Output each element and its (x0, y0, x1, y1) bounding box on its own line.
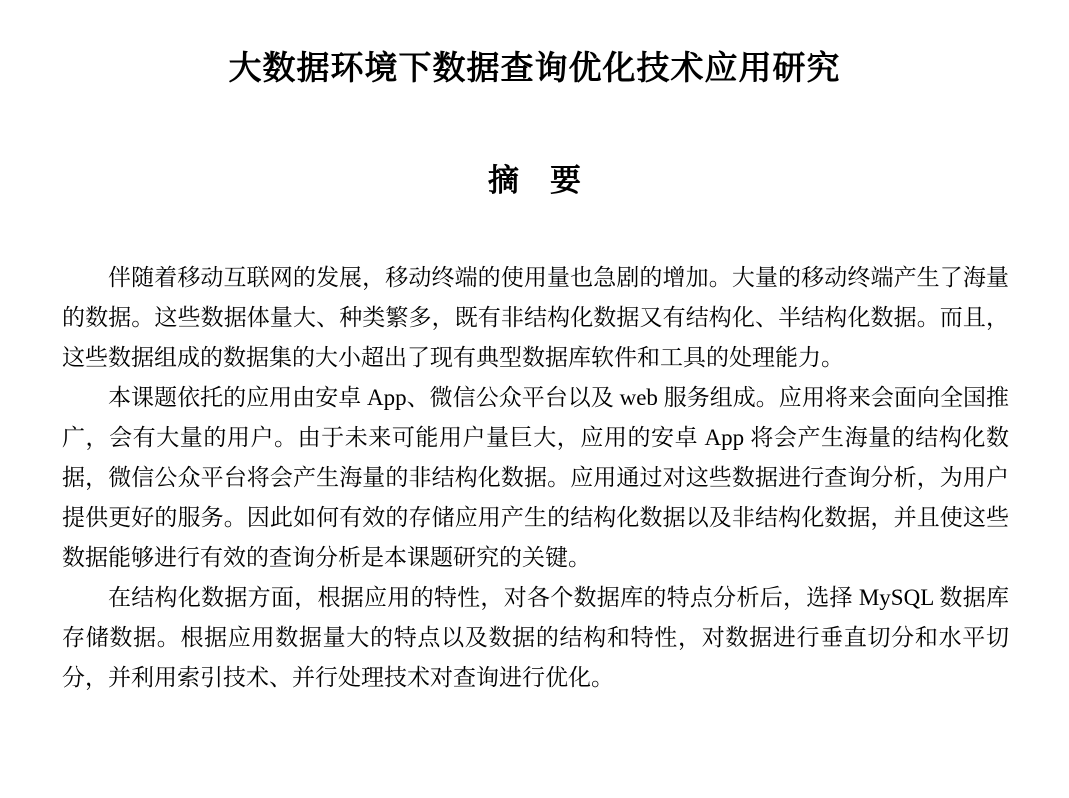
document-page: 大数据环境下数据查询优化技术应用研究 摘 要 伴随着移动互联网的发展，移动终端的… (0, 0, 1069, 798)
abstract-paragraph-2: 本课题依托的应用由安卓 App、微信公众平台以及 web 服务组成。应用将来会面… (62, 378, 1009, 578)
abstract-paragraph-1: 伴随着移动互联网的发展，移动终端的使用量也急剧的增加。大量的移动终端产生了海量的… (62, 258, 1009, 378)
document-title: 大数据环境下数据查询优化技术应用研究 (0, 48, 1069, 88)
abstract-paragraph-3: 在结构化数据方面，根据应用的特性，对各个数据库的特点分析后，选择 MySQL 数… (62, 578, 1009, 698)
abstract-heading: 摘 要 (0, 162, 1069, 200)
abstract-body: 伴随着移动互联网的发展，移动终端的使用量也急剧的增加。大量的移动终端产生了海量的… (62, 258, 1009, 698)
